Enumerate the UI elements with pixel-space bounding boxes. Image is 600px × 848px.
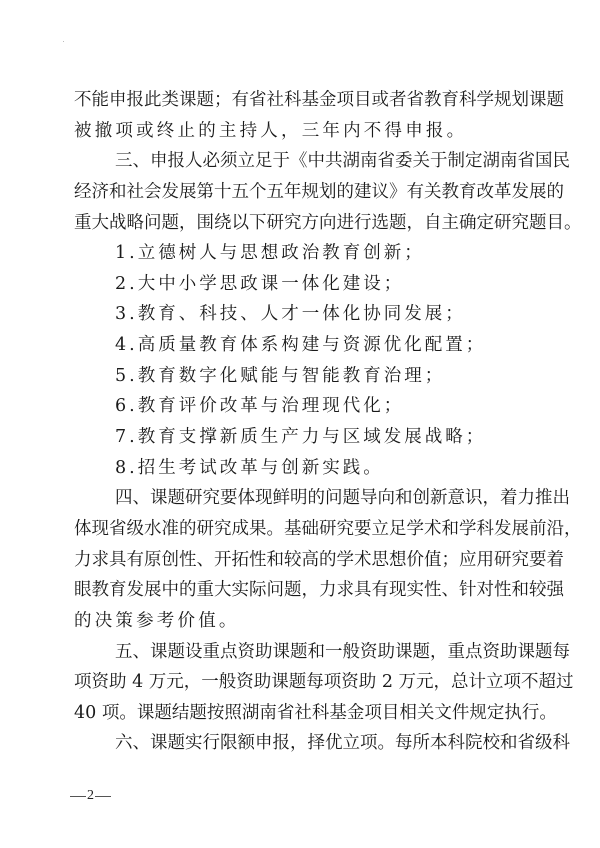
paragraph-section-4: 四、课题研究要体现鲜明的问题导向和创新意识，着力推出 体现省级水准的研究成果。基… [74, 483, 534, 636]
list-item: 5.教育数字化赋能与智能教育治理； [74, 361, 534, 392]
document-body: 不能申报此类课题；有省社科基金项目或者省教育科学规划课题 被撤项或终止的主持人，… [74, 85, 534, 759]
list-item: 6.教育评价改革与治理现代化； [74, 391, 534, 422]
text-line: 眼教育发展中的重大实际问题，力求具有现实性、针对性和较强 [74, 575, 534, 606]
paragraph-continuation: 不能申报此类课题；有省社科基金项目或者省教育科学规划课题 被撤项或终止的主持人，… [74, 85, 534, 146]
text-line: 四、课题研究要体现鲜明的问题导向和创新意识，着力推出 [74, 483, 534, 514]
text-line: 六、课题实行限额申报，择优立项。每所本科院校和省级科 [74, 728, 534, 759]
list-item: 3.教育、科技、人才一体化协同发展； [74, 299, 534, 330]
text-line: 40 项。课题结题按照湖南省社科基金项目相关文件规定执行。 [74, 698, 534, 729]
list-item: 2.大中小学思政课一体化建设； [74, 269, 534, 300]
paragraph-section-6: 六、课题实行限额申报，择优立项。每所本科院校和省级科 [74, 728, 534, 759]
scan-speck [63, 41, 64, 42]
research-directions-list: 1.立德树人与思想政治教育创新； 2.大中小学思政课一体化建设； 3.教育、科技… [74, 238, 534, 483]
page-number: 2 [70, 788, 111, 804]
text-line: 力求具有原创性、开拓性和较高的学术思想价值；应用研究要着 [74, 545, 534, 576]
list-item: 7.教育支撑新质生产力与区域发展战略； [74, 422, 534, 453]
text-line: 的决策参考价值。 [74, 606, 534, 637]
paragraph-section-3: 三、申报人必须立足于《中共湖南省委关于制定湖南省国民 经济和社会发展第十五个五年… [74, 146, 534, 238]
list-item: 4.高质量教育体系构建与资源优化配置； [74, 330, 534, 361]
page-number-value: 2 [86, 788, 95, 804]
list-item: 1.立德树人与思想政治教育创新； [74, 238, 534, 269]
page-number-dash-left [70, 796, 86, 797]
text-line: 五、课题设重点资助课题和一般资助课题，重点资助课题每 [74, 637, 534, 668]
text-line: 项资助 4 万元，一般资助课题每项资助 2 万元，总计立项不超过 [74, 667, 534, 698]
page-number-dash-right [95, 796, 111, 797]
paragraph-section-5: 五、课题设重点资助课题和一般资助课题，重点资助课题每 项资助 4 万元，一般资助… [74, 637, 534, 729]
text-line: 经济和社会发展第十五个五年规划的建议》有关教育改革发展的 [74, 177, 534, 208]
text-line: 三、申报人必须立足于《中共湖南省委关于制定湖南省国民 [74, 146, 534, 177]
text-line: 体现省级水准的研究成果。基础研究要立足学术和学科发展前沿， [74, 514, 534, 545]
text-line: 不能申报此类课题；有省社科基金项目或者省教育科学规划课题 [74, 85, 534, 116]
text-line: 被撤项或终止的主持人，三年内不得申报。 [74, 116, 534, 147]
text-line: 重大战略问题，围绕以下研究方向进行选题，自主确定研究题目。 [74, 208, 534, 239]
list-item: 8.招生考试改革与创新实践。 [74, 453, 534, 484]
